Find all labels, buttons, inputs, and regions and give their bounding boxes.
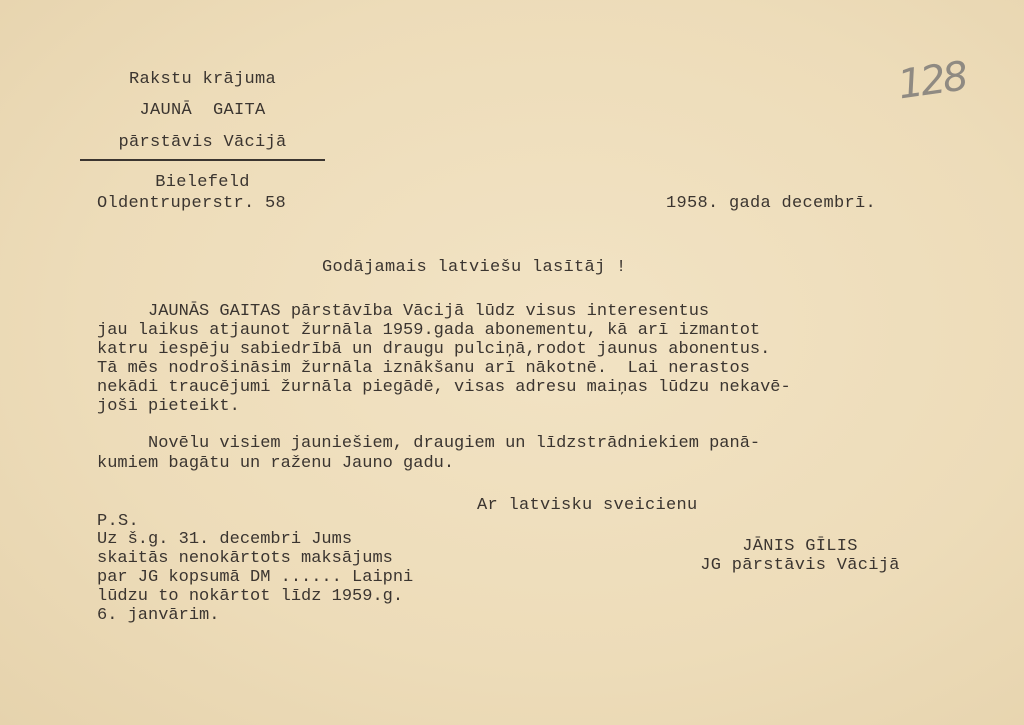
letterhead-divider (80, 159, 325, 161)
postscript-label: P.S. (97, 512, 139, 532)
handwritten-page-number: 128 (895, 54, 968, 109)
paragraph-line: joši pieteikt. (97, 397, 240, 417)
address-street: Oldentruperstr. 58 (97, 194, 286, 214)
salutation: Godājamais latviešu lasītāj ! (322, 258, 627, 278)
paragraph-line: katru iespēju sabiedrībā un draugu pulci… (97, 340, 770, 360)
letterhead-line-3: pārstāvis Vācijā (80, 133, 325, 153)
paragraph-line: JAUNĀS GAITAS pārstāvība Vācijā lūdz vis… (97, 302, 709, 322)
paragraph-line: jau laikus atjaunot žurnāla 1959.gada ab… (97, 321, 760, 341)
closing: Ar latvisku sveicienu (477, 496, 698, 516)
letter-date: 1958. gada decembrī. (666, 194, 876, 214)
signature-title: JG pārstāvis Vācijā (660, 556, 940, 576)
postscript-line: par JG kopsumā DM ...... Laipni (97, 568, 413, 588)
paragraph-line: kumiem bagātu un raženu Jauno gadu. (97, 454, 454, 474)
paragraph-line: nekādi traucējumi žurnāla piegādē, visas… (97, 378, 791, 398)
postscript-line: skaitās nenokārtots maksājums (97, 549, 393, 569)
address-city: Bielefeld (80, 173, 325, 193)
signature-name: JĀNIS GĪLIS (660, 537, 940, 557)
postscript-line: 6. janvārim. (97, 606, 219, 626)
paragraph-line: Novēlu visiem jauniešiem, draugiem un lī… (97, 434, 760, 454)
postscript-line: lūdzu to nokārtot līdz 1959.g. (97, 587, 403, 607)
letterhead-line-1: Rakstu krājuma (80, 70, 325, 90)
letterhead-line-2: JAUNĀ GAITA (80, 101, 325, 121)
paragraph-line: Tā mēs nodrošināsim žurnāla iznākšanu ar… (97, 359, 750, 379)
postscript-line: Uz š.g. 31. decembri Jums (97, 530, 352, 550)
